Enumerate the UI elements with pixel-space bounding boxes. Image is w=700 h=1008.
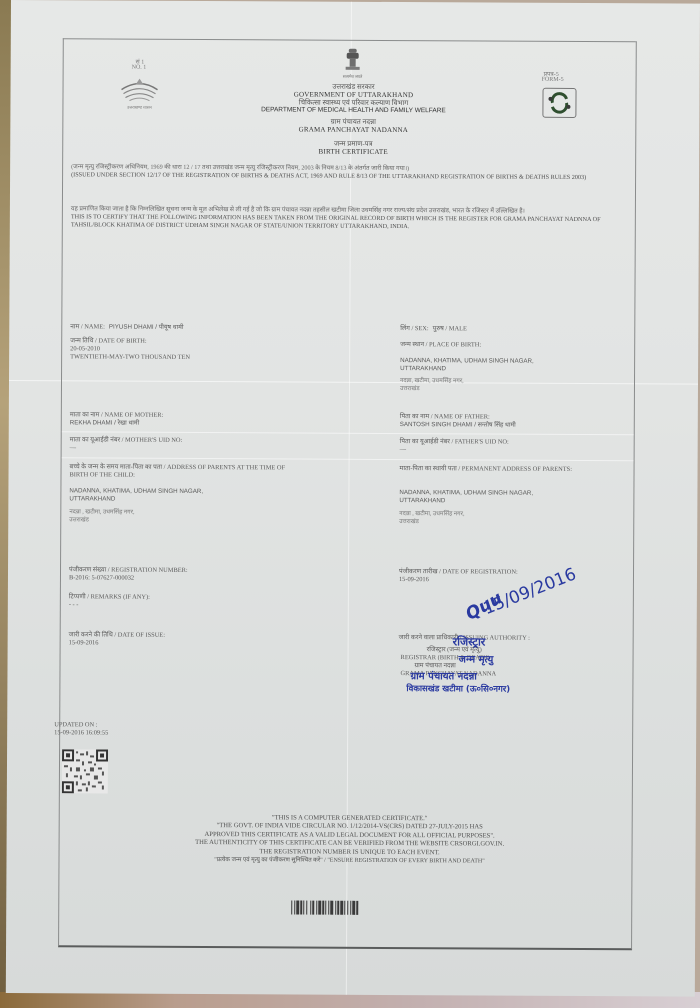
- stamp-birth-death: जन्म मृत्यु: [459, 651, 494, 665]
- panchayat-name: GRAMA PANCHAYAT NADANNA: [193, 125, 513, 135]
- name-value: PIYUSH DHAMI / पीयूष धामी: [109, 324, 184, 331]
- address-at-birth-hindi-2: उत्तराखंड: [69, 516, 369, 526]
- updated-on-label: UPDATED ON :: [54, 721, 97, 729]
- issued-under-english: (ISSUED UNDER SECTION 12/17 OF THE REGIS…: [71, 171, 629, 182]
- emblem-caption: सत्यमेव जयते: [336, 74, 370, 80]
- serial-number: NO. 1: [132, 65, 147, 71]
- dob-words: TWENTIETH-MAY-TWO THOUSAND TEN: [70, 353, 340, 362]
- place-of-birth-hindi-2: उत्तराखंड: [400, 385, 630, 394]
- name-label: नाम / NAME:: [70, 323, 105, 330]
- permanent-address-hindi-2: उत्तराखंड: [399, 518, 631, 527]
- dob-field: जन्म तिथि / DATE OF BIRTH: 20-05-2010 TW…: [70, 337, 340, 362]
- issued-under-text: (जन्म मृत्यु रजिस्ट्रीकरण अधिनियम, 1969 …: [71, 163, 629, 182]
- uttarakhand-logo-icon: [119, 76, 159, 106]
- certificate-paper: सत्यमेव जयते सं 1 NO. 1 उत्तराखण्ड शासन …: [6, 0, 700, 997]
- mother-uid-value: —: [70, 444, 340, 453]
- name-field: नाम / NAME: PIYUSH DHAMI / पीयूष धामी: [70, 315, 340, 334]
- certificate-title: BIRTH CERTIFICATE: [193, 147, 513, 157]
- permanent-address-label: माता-पिता का स्थायी पता / PERMANENT ADDR…: [400, 465, 632, 474]
- date-of-issue-value: 15-09-2016: [69, 639, 339, 648]
- registration-number-field: पंजीकरण संख्या / REGISTRATION NUMBER: B-…: [69, 566, 339, 583]
- crs-logo-icon: [542, 88, 576, 118]
- mother-uid-field: माता का यूआईडी नंबर / MOTHER'S UID NO: —: [70, 436, 340, 453]
- sex-value: पुरुष / MALE: [433, 325, 467, 332]
- state-logo-caption: उत्तराखण्ड शासन: [119, 105, 159, 111]
- registration-date-label: पंजीकरण तारीख / DATE OF REGISTRATION:: [399, 568, 629, 577]
- registration-date-value: 15-09-2016: [399, 576, 629, 585]
- father-name-field: पिता का नाम / NAME OF FATHER: SANTOSH SI…: [400, 413, 630, 430]
- updated-on-value: 15-09-2016 16:09:55: [54, 729, 108, 737]
- date-of-issue-field: जारी करने की तिथि / DATE OF ISSUE: 15-09…: [69, 631, 339, 648]
- mother-name-value: REKHA DHAMI / रेखा धामी: [70, 419, 340, 428]
- footer-line-6: "प्रत्येक जन्म एवं मृत्यु का पंजीकरण सुन…: [119, 856, 579, 867]
- stamp-panchayat: ग्राम पंचायत नदन्ना: [410, 668, 477, 682]
- stamp-block: विकासखंड खटीमा (ऊ०सि०नगर): [406, 683, 510, 695]
- father-name-value: SANTOSH SINGH DHAMI / सन्तोष सिंह धामी: [400, 421, 630, 430]
- stamp-registrar: रजिस्ट्रार: [453, 634, 486, 649]
- certification-text: यह प्रमाणित किया जाता है कि निम्नलिखित स…: [71, 205, 629, 232]
- permanent-address-field: माता-पिता का स्थायी पता / PERMANENT ADDR…: [399, 465, 631, 527]
- row-divider: [62, 431, 634, 435]
- father-uid-value: —: [400, 446, 630, 455]
- footer-notice: "THIS IS A COMPUTER GENERATED CERTIFICAT…: [119, 814, 579, 867]
- row-divider: [62, 457, 634, 461]
- issuing-authority-label: जारी करने वाला प्राधिकारी / ISSUING AUTH…: [399, 634, 629, 643]
- remarks-value: - - -: [69, 601, 339, 610]
- registration-number-value: B-2016: 5-07627-000032: [69, 574, 339, 583]
- national-emblem-icon: [342, 47, 364, 73]
- place-of-birth-field: जन्म स्थान / PLACE OF BIRTH: NADANNA, KH…: [400, 341, 630, 394]
- father-uid-field: पिता का यूआईडी नंबर / FATHER'S UID NO: —: [400, 438, 630, 455]
- sex-field: लिंग / SEX: पुरुष / MALE: [400, 317, 630, 336]
- barcode-icon: [291, 900, 431, 915]
- form-number: FORM-5: [542, 77, 564, 83]
- address-at-birth-field: बच्चे के जन्म के समय माता-पिता का पता / …: [69, 463, 369, 526]
- registration-date-field: पंजीकरण तारीख / DATE OF REGISTRATION: 15…: [399, 568, 629, 585]
- certificate-frame: सत्यमेव जयते सं 1 NO. 1 उत्तराखण्ड शासन …: [58, 38, 637, 950]
- mother-name-field: माता का नाम / NAME OF MOTHER: REKHA DHAM…: [70, 411, 340, 428]
- certification-english: THIS IS TO CERTIFY THAT THE FOLLOWING IN…: [71, 213, 629, 232]
- sex-label: लिंग / SEX:: [400, 325, 428, 332]
- remarks-field: टिप्पणी / REMARKS (IF ANY): - - -: [69, 593, 339, 610]
- department-name: DEPARTMENT OF MEDICAL HEALTH AND FAMILY …: [193, 106, 513, 115]
- qr-code-icon: [62, 749, 108, 793]
